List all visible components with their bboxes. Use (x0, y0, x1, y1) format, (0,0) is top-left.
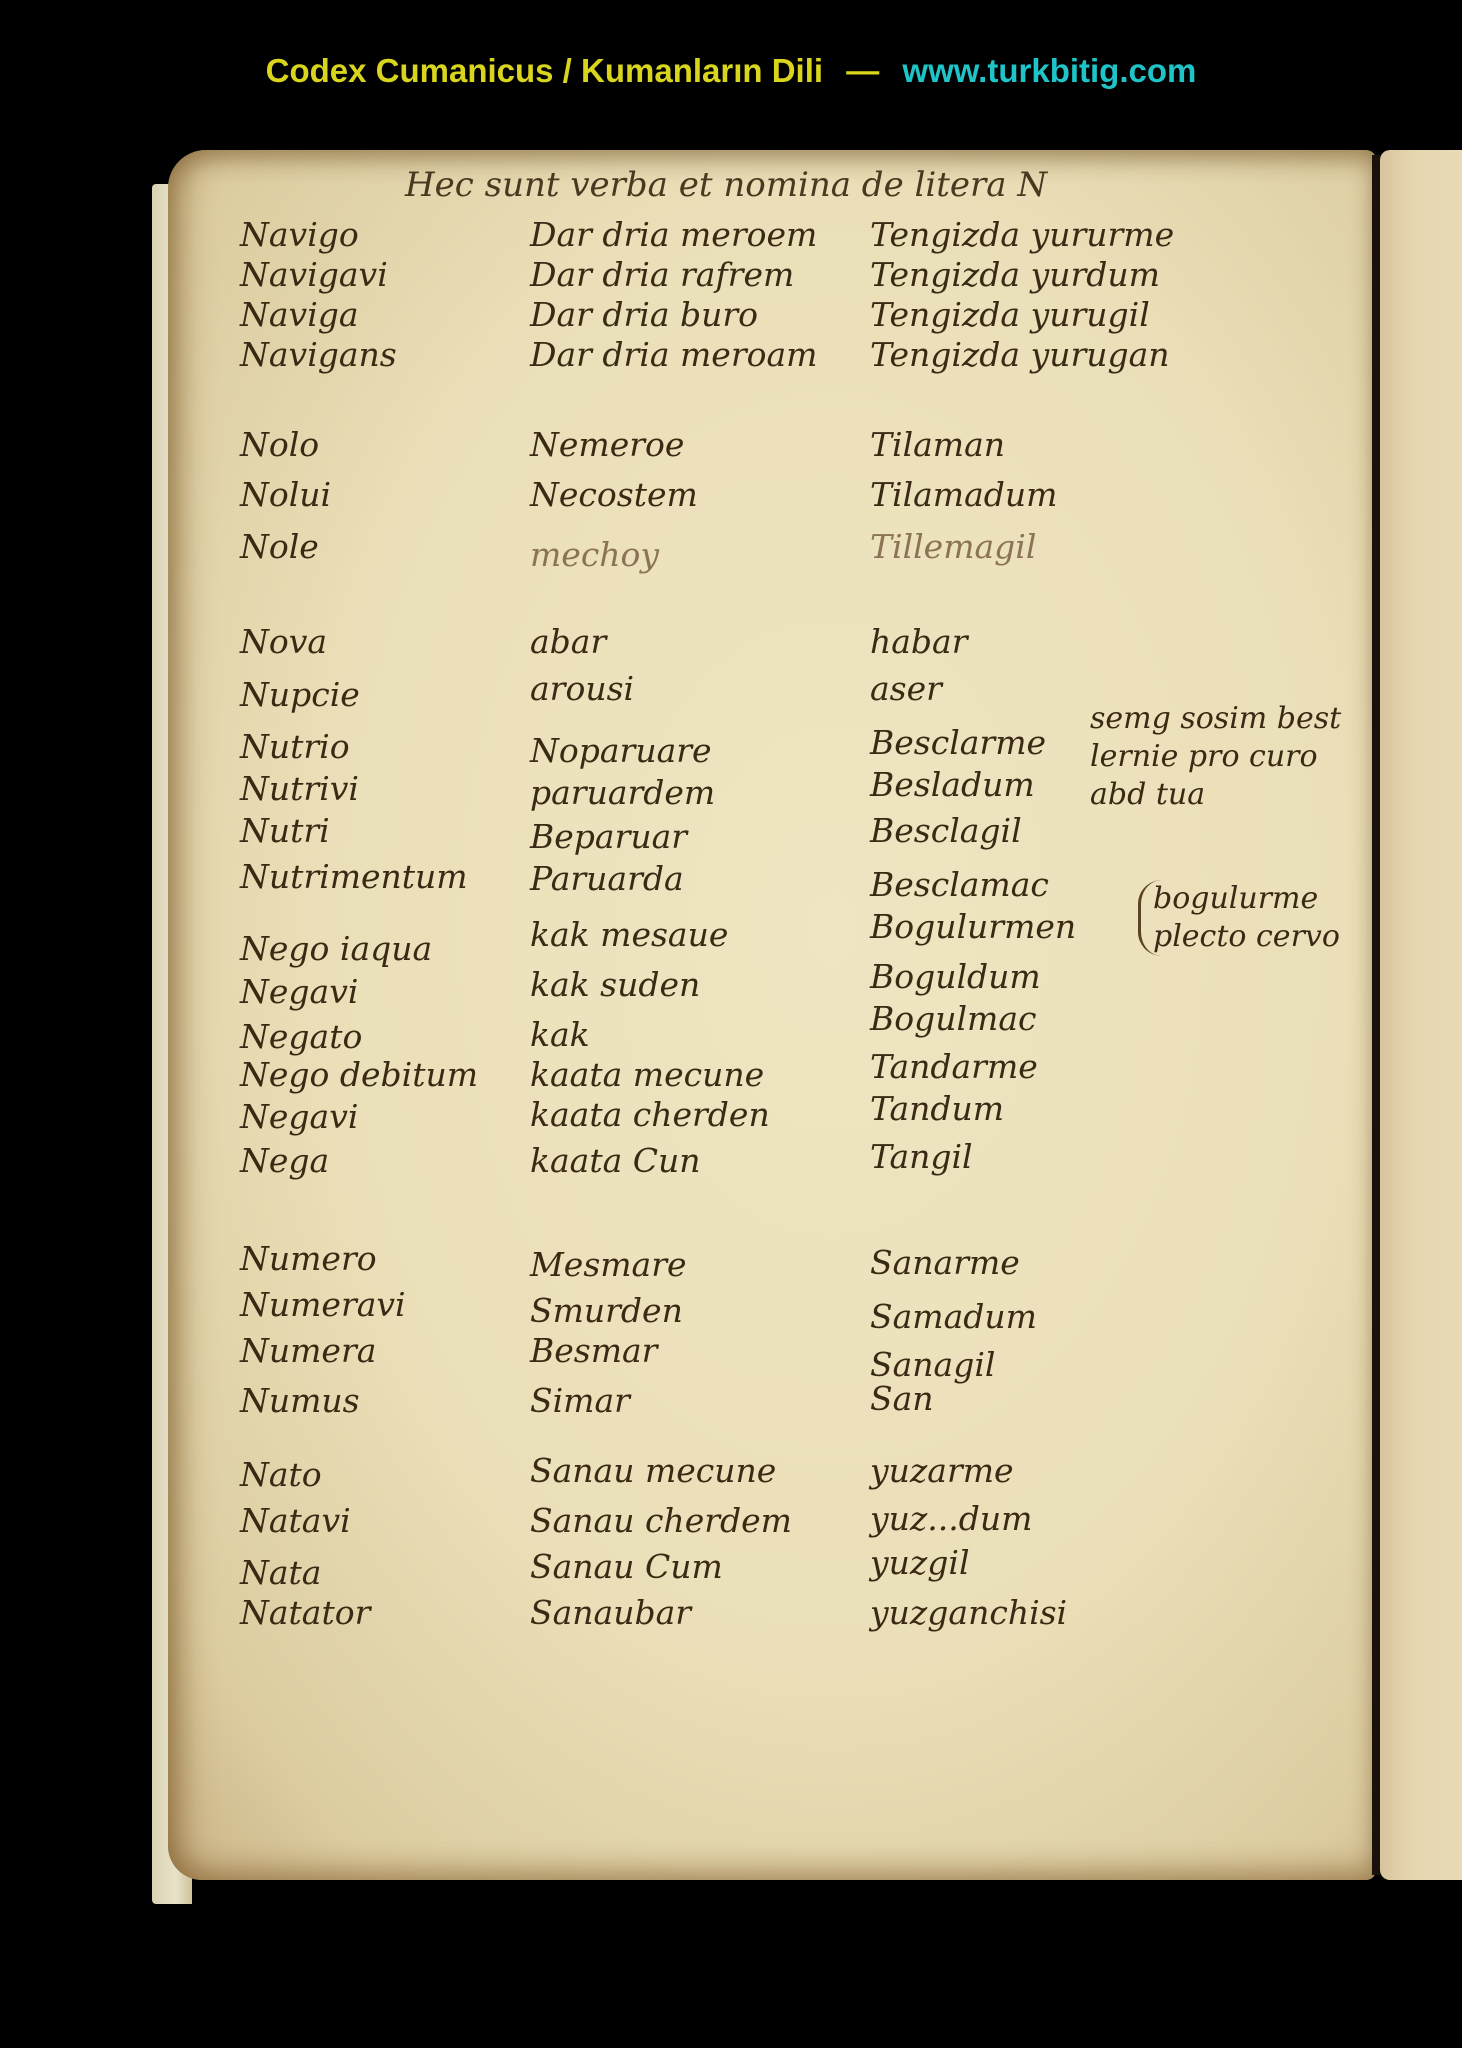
persian-word: kak mesaue (530, 918, 728, 951)
cuman-word: Tilaman (870, 428, 1005, 461)
latin-word: Nutrio (240, 730, 350, 763)
persian-word: Dar dria meroem (530, 218, 817, 251)
latin-word: Nolo (240, 428, 319, 461)
persian-word: Paruarda (530, 862, 684, 895)
margin-note-line: abd tua (1090, 776, 1341, 814)
persian-word: Sanau mecune (530, 1454, 776, 1487)
persian-word: Smurden (530, 1294, 683, 1327)
latin-word: Navigavi (240, 258, 388, 291)
cuman-word: Bogulmac (870, 1002, 1037, 1035)
cuman-word: Tillemagil (870, 530, 1036, 563)
facing-page (1380, 150, 1462, 1880)
persian-word: kak suden (530, 968, 700, 1001)
banner-url: www.turkbitig.com (902, 52, 1196, 89)
cuman-word: Tengizda yurugil (870, 298, 1150, 331)
latin-word: Nova (240, 625, 327, 658)
persian-word: Dar dria buro (530, 298, 758, 331)
margin-note-line: semg sosim best (1090, 700, 1341, 738)
persian-word: kaata cherden (530, 1098, 770, 1131)
persian-word: Sanaubar (530, 1596, 691, 1629)
latin-word: Numera (240, 1334, 376, 1367)
cuman-word: Samadum (870, 1300, 1037, 1333)
cuman-word: Tengizda yurdum (870, 258, 1160, 291)
latin-word: Negavi (240, 975, 358, 1008)
site-banner: Codex Cumanicus / Kumanların Dili — www.… (0, 52, 1462, 90)
latin-word: Nata (240, 1556, 322, 1589)
cuman-word: Tengizda yurugan (870, 338, 1170, 371)
cuman-word: Sanagil (870, 1348, 995, 1381)
latin-word: Nego debitum (240, 1058, 478, 1091)
cuman-word: Tandarme (870, 1050, 1038, 1083)
latin-word: Nutrivi (240, 772, 359, 805)
latin-word: Numus (240, 1384, 360, 1417)
latin-word: Naviga (240, 298, 359, 331)
latin-word: Nego iaqua (240, 932, 432, 965)
persian-word: Beparuar (530, 820, 687, 853)
persian-word: Besmar (530, 1334, 657, 1367)
banner-separator: — (846, 52, 879, 89)
persian-word: Noparuare (530, 734, 712, 767)
cuman-word: yuzganchisi (870, 1596, 1067, 1629)
latin-word: Negato (240, 1020, 362, 1053)
persian-word: Sanau cherdem (530, 1504, 792, 1537)
latin-word: Nutri (240, 814, 330, 847)
persian-word: Dar dria meroam (530, 338, 817, 371)
persian-word: Nemeroe (530, 428, 684, 461)
latin-word: Natavi (240, 1504, 351, 1537)
persian-word: mechoy (530, 538, 659, 571)
persian-word: kaata mecune (530, 1058, 764, 1091)
margin-note-line: lernie pro curo (1090, 738, 1341, 776)
latin-word: Natator (240, 1596, 370, 1629)
latin-word: Negavi (240, 1100, 358, 1133)
persian-word: abar (530, 625, 606, 658)
persian-word: Dar dria rafrem (530, 258, 794, 291)
persian-word: arousi (530, 672, 634, 705)
cuman-word: Bogulurmen (870, 910, 1076, 943)
manuscript-heading: Hec sunt verba et nomina de litera N (405, 168, 1047, 202)
latin-word: Nega (240, 1144, 329, 1177)
cuman-word: aser (870, 672, 942, 705)
cuman-word: Tangil (870, 1140, 973, 1173)
persian-word: Simar (530, 1384, 630, 1417)
cuman-word: Besclamac (870, 868, 1049, 901)
cuman-word: San (870, 1382, 934, 1415)
persian-word: Necostem (530, 478, 698, 511)
persian-word: Sanau Cum (530, 1550, 723, 1583)
margin-note: semg sosim best lernie pro curo abd tua (1090, 700, 1341, 814)
latin-word: Nole (240, 530, 319, 563)
cuman-word: Besladum (870, 768, 1035, 801)
cuman-word: Tandum (870, 1092, 1004, 1125)
persian-word: paruardem (530, 776, 715, 809)
latin-word: Nupcie (240, 678, 360, 711)
margin-note-bracketed: bogulurme plecto cervo (1138, 880, 1340, 956)
margin-note-line: bogulurme (1153, 880, 1340, 918)
cuman-word: yuzgil (870, 1546, 970, 1579)
latin-word: Numeravi (240, 1288, 406, 1321)
persian-word: Mesmare (530, 1248, 687, 1281)
latin-word: Navigo (240, 218, 359, 251)
banner-title: Codex Cumanicus / Kumanların Dili (266, 52, 823, 89)
cuman-word: yuzarme (870, 1454, 1014, 1487)
cuman-word: Tilamadum (870, 478, 1057, 511)
book-gutter (1372, 155, 1380, 1875)
cuman-word: yuz...dum (870, 1502, 1032, 1535)
persian-word: kak (530, 1018, 590, 1051)
latin-word: Nutrimentum (240, 860, 468, 893)
latin-word: Numero (240, 1242, 377, 1275)
cuman-word: habar (870, 625, 968, 658)
latin-word: Nato (240, 1458, 322, 1491)
cuman-word: Besclarme (870, 726, 1046, 759)
latin-word: Nolui (240, 478, 331, 511)
latin-word: Navigans (240, 338, 397, 371)
margin-note-line: plecto cervo (1153, 918, 1340, 956)
cuman-word: Besclagil (870, 814, 1022, 847)
cuman-word: Tengizda yururme (870, 218, 1174, 251)
cuman-word: Sanarme (870, 1246, 1020, 1279)
persian-word: kaata Cun (530, 1144, 701, 1177)
cuman-word: Boguldum (870, 960, 1041, 993)
